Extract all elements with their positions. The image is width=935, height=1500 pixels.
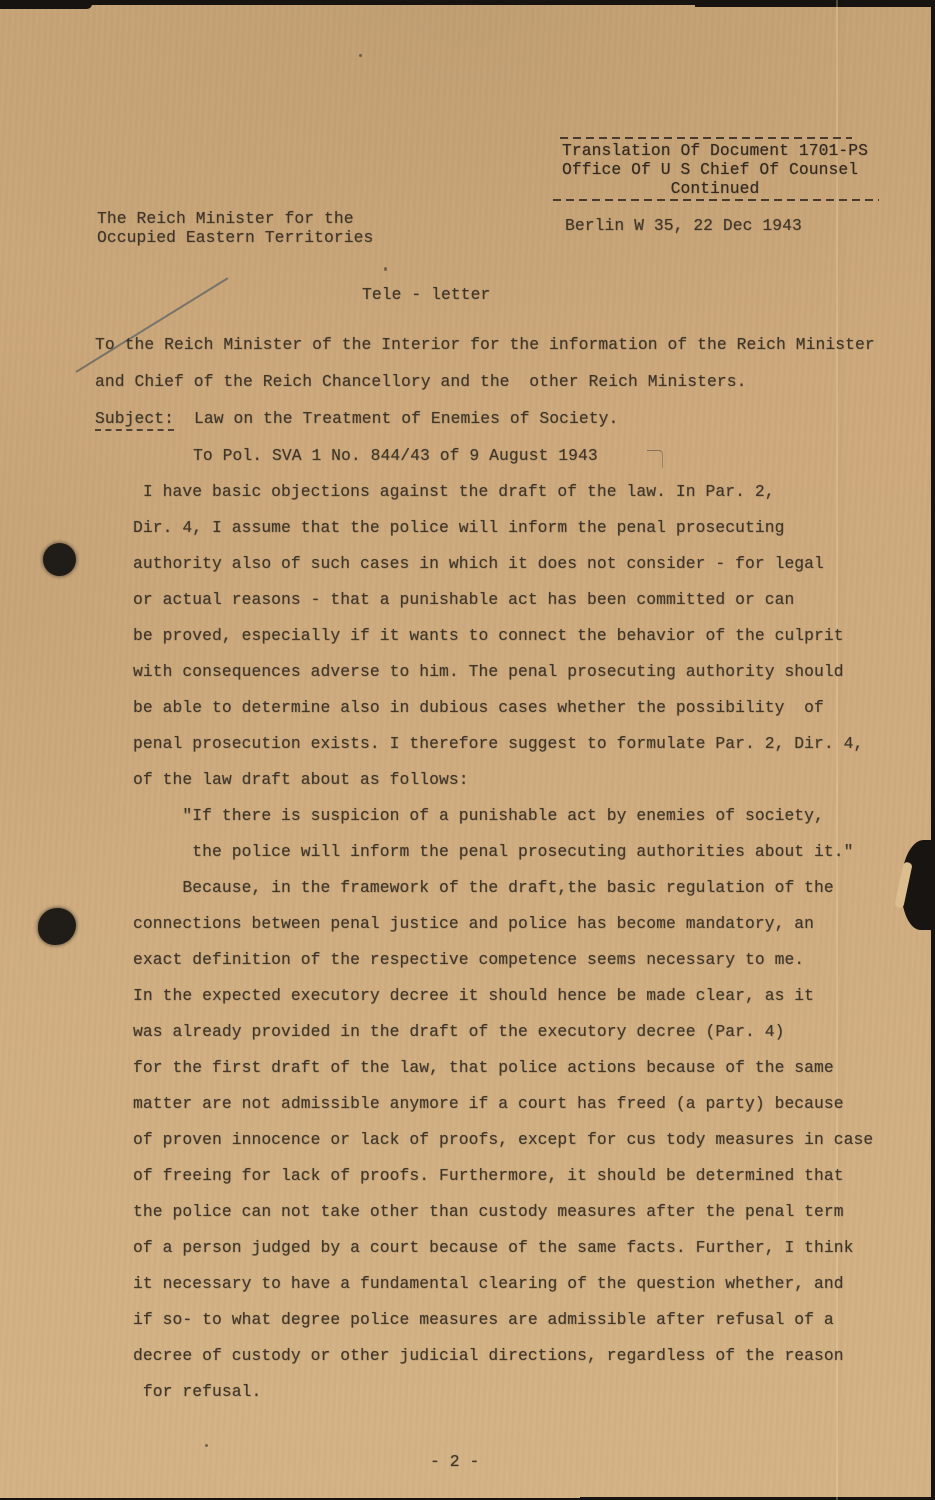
stamp-line-2: Office Of U S Chief Of Counsel <box>562 160 858 179</box>
dateline: Berlin W 35, 22 Dec 1943 <box>565 216 802 235</box>
text-line: be able to determine also in dubious cas… <box>133 698 873 734</box>
subject-text: Law on the Treatment of Enemies of Socie… <box>194 409 618 428</box>
body-paragraph: I have basic objections against the draf… <box>133 482 873 1418</box>
text-line: Because, in the framework of the draft,t… <box>133 878 873 914</box>
text-line: for refusal. <box>133 1382 873 1418</box>
text-line: To the Reich Minister of the Interior fo… <box>95 335 875 372</box>
text-line: "If there is suspicion of a punishable a… <box>133 806 873 842</box>
text-line: penal prosecution exists. I therefore su… <box>133 734 873 770</box>
text-line: Dir. 4, I assume that the police will in… <box>133 518 873 554</box>
text-line: the police will inform the penal prosecu… <box>133 842 873 878</box>
text-line: connections between penal justice and po… <box>133 914 873 950</box>
punch-hole-top <box>43 543 76 576</box>
reference-line: To Pol. SVA 1 No. 844/43 of 9 August 194… <box>193 446 598 465</box>
scanned-page: Translation Of Document 1701-PS Office O… <box>0 0 935 1500</box>
pencil-corner-mark <box>647 450 663 468</box>
doc-type-title: Tele - letter <box>362 285 490 304</box>
page-number: - 2 - <box>430 1452 479 1471</box>
sender-block: The Reich Minister for theOccupied Easte… <box>97 209 373 247</box>
ink-speck <box>359 54 362 57</box>
text-line: with consequences adverse to him. The pe… <box>133 662 873 698</box>
text-line: exact definition of the respective compe… <box>133 950 873 986</box>
stamp-dashed-rule-bottom <box>553 199 879 201</box>
text-line: was already provided in the draft of the… <box>133 1022 873 1058</box>
scan-edge-right <box>931 0 935 1500</box>
scan-edge-top-left <box>0 0 92 9</box>
ink-speck <box>205 1444 208 1447</box>
text-line: be proved, especially if it wants to con… <box>133 626 873 662</box>
text-line: of proven innocence or lack of proofs, e… <box>133 1130 873 1166</box>
text-line: of freeing for lack of proofs. Furthermo… <box>133 1166 873 1202</box>
text-line: if so- to what degree police measures ar… <box>133 1310 873 1346</box>
text-line: I have basic objections against the draf… <box>133 482 873 518</box>
text-line: decree of custody or other judicial dire… <box>133 1346 873 1382</box>
text-line: or actual reasons - that a punishable ac… <box>133 590 873 626</box>
text-line: it necessary to have a fundamental clear… <box>133 1274 873 1310</box>
stamp-line-3: Continued <box>562 179 868 198</box>
text-line: for the first draft of the law, that pol… <box>133 1058 873 1094</box>
subject-label: Subject: <box>95 409 174 431</box>
recipient-paragraph: To the Reich Minister of the Interior fo… <box>95 335 875 409</box>
text-line: authority also of such cases in which it… <box>133 554 873 590</box>
text-line: In the expected executory decree it shou… <box>133 986 873 1022</box>
ink-speck <box>384 267 387 271</box>
text-line: the police can not take other than custo… <box>133 1202 873 1238</box>
stamp-line-1: Translation Of Document 1701-PS <box>562 141 868 160</box>
text-line: The Reich Minister for the <box>97 209 373 228</box>
text-line: of a person judged by a court because of… <box>133 1238 873 1274</box>
stamp-dashed-rule-top <box>560 137 852 139</box>
text-line: Occupied Eastern Territories <box>97 228 373 247</box>
subject-line: Subject:Law on the Treatment of Enemies … <box>95 409 618 428</box>
text-line: and Chief of the Reich Chancellory and t… <box>95 372 875 409</box>
text-line: of the law draft about as follows: <box>133 770 873 806</box>
text-line: matter are not admissible anymore if a c… <box>133 1094 873 1130</box>
scan-edge-top-right <box>695 0 935 7</box>
